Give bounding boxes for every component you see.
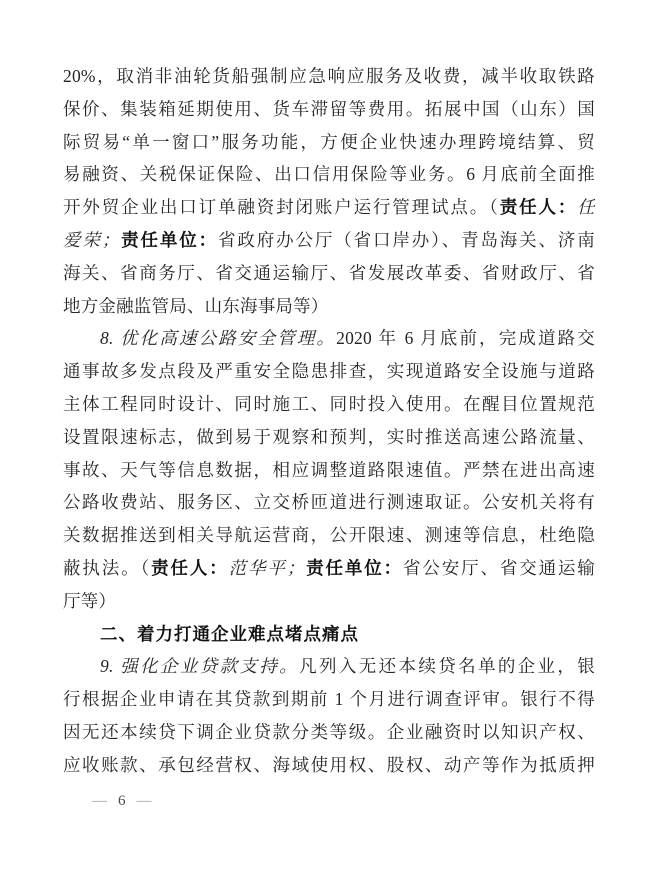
text-run: 通事故多发点段及严重安全隐患排查，实现道路安全设施与道路 <box>63 361 595 381</box>
text-run: 行根据企业申请在其贷款到期前 1 个月进行调查评审。银行不得 <box>63 689 595 709</box>
text-line: 厅等） <box>63 585 595 618</box>
text-line: 蔽执法。（责任人：范华平；责任单位：省公安厅、省交通运输 <box>63 552 595 585</box>
text-line: 易融资、关税保证保险、出口信用保险等业务。6 月底前全面推 <box>63 158 595 191</box>
text-line: 8. 优化高速公路安全管理。2020 年 6 月底前，完成道路交 <box>63 322 595 355</box>
text-line: 关数据推送到相关导航运营商，公开限速、测速等信息，杜绝隐 <box>63 519 595 552</box>
text-line: 公路收费站、服务区、立交桥匝道进行测速取证。公安机关将有 <box>63 486 595 519</box>
text-run: 因无还本续贷下调企业贷款分类等级。企业融资时以知识产权、 <box>63 722 595 742</box>
text-line: 20%，取消非油轮货船强制应急响应服务及收费，减半收取铁路 <box>63 60 595 93</box>
page-number-dash-left: — <box>92 793 107 809</box>
text-run: 省公安厅、省交通运输 <box>403 558 595 578</box>
document-page: 20%，取消非油轮货船强制应急响应服务及收费，减半收取铁路保价、集装箱延期使用、… <box>0 0 658 883</box>
text-run: 设置限速标志，做到易于观察和预判，实时推送高速公路流量、 <box>63 427 595 447</box>
page-number-value: 6 <box>118 793 126 809</box>
text-line: 海关、省商务厅、省交通运输厅、省发展改革委、省财政厅、省 <box>63 257 595 290</box>
text-run: 省政府办公厅（省口岸办）、青岛海关、济南 <box>218 230 595 250</box>
text-run: 易融资、关税保证保险、出口信用保险等业务。6 月底前全面推 <box>63 164 595 184</box>
text-line: 地方金融监管局、山东海事局等） <box>63 290 595 323</box>
text-line: 开外贸企业出口订单融资封闭账户运行管理试点。（责任人：任 <box>63 191 595 224</box>
section-heading: 二、着力打通企业难点堵点痛点 <box>63 618 595 651</box>
responsibility-label: 责任单位： <box>304 558 403 578</box>
text-run: 凡列入无还本续贷名单的企业，银 <box>299 656 595 676</box>
text-run: 海关、省商务厅、省交通运输厅、省发展改革委、省财政厅、省 <box>63 263 595 283</box>
text-run: 应收账款、承包经营权、海域使用权、股权、动产等作为抵质押 <box>63 755 595 775</box>
text-run: 20%，取消非油轮货船强制应急响应服务及收费，减半收取铁路 <box>63 66 595 86</box>
responsibility-label: 责任人： <box>151 558 229 578</box>
text-line: 通事故多发点段及严重安全隐患排查，实现道路安全设施与道路 <box>63 355 595 388</box>
text-line: 事故、天气等信息数据，相应调整道路限速值。严禁在进出高速 <box>63 454 595 487</box>
text-run: 关数据推送到相关导航运营商，公开限速、测速等信息，杜绝隐 <box>63 525 595 545</box>
text-line: 主体工程同时设计、同时施工、同时投入使用。在醒目位置规范 <box>63 388 595 421</box>
item-title-or-name: 任 <box>577 197 595 217</box>
text-run: 事故、天气等信息数据，相应调整道路限速值。严禁在进出高速 <box>63 460 595 480</box>
text-run: 地方金融监管局、山东海事局等） <box>63 296 329 316</box>
responsibility-label: 责任单位： <box>119 230 218 250</box>
text-line: 9. 强化企业贷款支持。凡列入无还本续贷名单的企业，银 <box>63 650 595 683</box>
item-title-or-name: 9. 强化企业贷款支持。 <box>100 656 299 676</box>
text-run: 开外贸企业出口订单融资封闭账户运行管理试点。（ <box>63 197 500 217</box>
text-run: 保价、集装箱延期使用、货车滞留等费用。拓展中国（山东）国 <box>63 99 595 119</box>
text-run: 2020 年 6 月底前，完成道路交 <box>336 328 595 348</box>
text-line: 行根据企业申请在其贷款到期前 1 个月进行调查评审。银行不得 <box>63 683 595 716</box>
item-title-or-name: 8. 优化高速公路安全管理。 <box>100 328 336 348</box>
text-run: 际贸易“单一窗口”服务功能，方便企业快速办理跨境结算、贸 <box>63 132 595 152</box>
text-line: 应收账款、承包经营权、海域使用权、股权、动产等作为抵质押 <box>63 749 595 782</box>
document-body: 20%，取消非油轮货船强制应急响应服务及收费，减半收取铁路保价、集装箱延期使用、… <box>63 60 595 782</box>
responsibility-label: 责任人： <box>500 197 578 217</box>
item-title-or-name: 范华平； <box>229 558 305 578</box>
text-line: 际贸易“单一窗口”服务功能，方便企业快速办理跨境结算、贸 <box>63 126 595 159</box>
page-number: —6— <box>92 791 152 811</box>
text-run: 蔽执法。（ <box>63 558 151 578</box>
text-line: 因无还本续贷下调企业贷款分类等级。企业融资时以知识产权、 <box>63 716 595 749</box>
text-run: 主体工程同时设计、同时施工、同时投入使用。在醒目位置规范 <box>63 394 595 414</box>
text-run: 厅等） <box>63 591 116 611</box>
text-line: 爱荣；责任单位：省政府办公厅（省口岸办）、青岛海关、济南 <box>63 224 595 257</box>
item-title-or-name: 爱荣； <box>63 230 119 250</box>
section-heading-text: 二、着力打通企业难点堵点痛点 <box>100 624 359 644</box>
text-line: 设置限速标志，做到易于观察和预判，实时推送高速公路流量、 <box>63 421 595 454</box>
text-run: 公路收费站、服务区、立交桥匝道进行测速取证。公安机关将有 <box>63 492 595 512</box>
page-number-dash-right: — <box>137 793 152 809</box>
text-line: 保价、集装箱延期使用、货车滞留等费用。拓展中国（山东）国 <box>63 93 595 126</box>
